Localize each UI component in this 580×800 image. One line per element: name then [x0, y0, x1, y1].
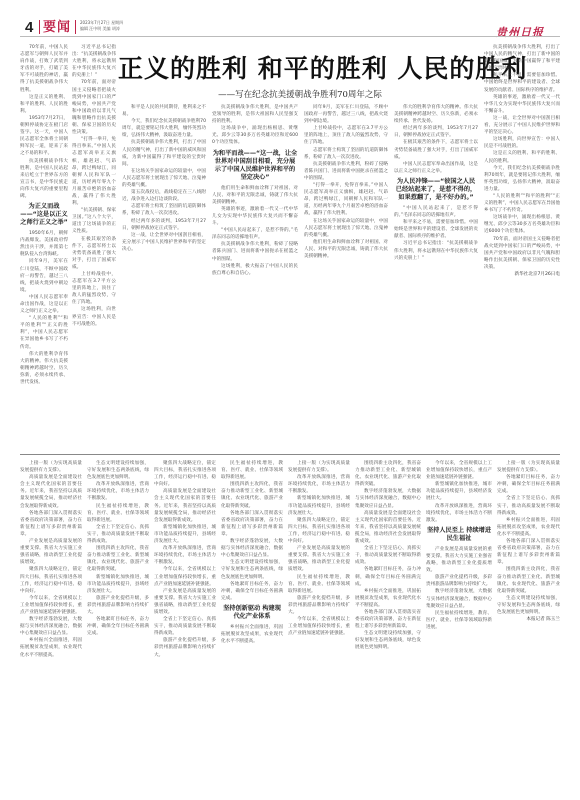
paragraph: 乡村振兴全面推进，巩固拓展脱贫攻坚成果，农业现代化水平不断提高。: [20, 637, 82, 658]
paragraph: 旅游产业化提档升级，多彩贵州旅游品牌影响力持续扩大。: [426, 574, 492, 588]
paragraph: 习近平总书记指出：“抗美援朝战争伟大胜利，将永远镌刻在中华民族伟大复兴的史册上！…: [72, 44, 116, 79]
paragraph: 英雄的事迹，激励着一代又一代中华儿女为实现中华民族伟大复兴而不懈奋斗。: [484, 94, 560, 115]
paragraph: 各地紧盯目标任务，奋力冲刺，确保全年目标任务圆满完成。: [355, 566, 421, 587]
article-column: 上接一版（为实现高质量发展提供有力支撑）。 各地紧盯目标任务，奋力冲刺，确保全年…: [497, 460, 560, 790]
article-column: 伟大的胜利孕育伟大的精神。伟大抗美援朝精神跨越时空、历久弥新，必须永续传承、世代…: [394, 104, 478, 449]
paragraph: 他们用生命和鲜血诠释了对祖国、对人民、对和平的无限忠诚，铸就了伟大抗美援朝精神。: [304, 239, 388, 260]
paragraph: 抗美援朝战争伟大胜利，粉碎了侵略者陈兵国门、进而将新中国扼杀在摇篮之中的图谋。: [304, 161, 388, 182]
paragraph: 新型城镇化加快推进，城市功能品质持续提升，县域经济发展壮大。: [288, 495, 350, 516]
paragraph: 同年9月，美军在仁川登陆，不顾中国政府一再警告，越过三八线，把战火烧到中朝边境。: [304, 104, 388, 125]
paragraph: 和平来之不易，需要倍加珍惜。中国始终是世界和平的建设者、全球发展的贡献者、国际秩…: [394, 219, 478, 240]
paragraph: 上甘岭战役中，志愿军在3.7平方公里的阵地上，顶住了敌人的猛烈攻势，守住了阵地。: [72, 271, 116, 306]
paragraph: 今天，我们纪念抗美援朝战争胜利70周年，就是要铭记伟大胜利，缅怀英烈功绩，弘扬伟…: [484, 165, 560, 193]
paragraph: 上接一版（为实现高质量发展提供有力支撑）。: [288, 460, 350, 474]
paragraph: 这是正义的胜利、和平的胜利、人民的胜利。: [20, 94, 68, 115]
paragraph: 产业发展是高质量发展的重要支撑。我省大力实施工业强省战略，推动新型工业化提质增效…: [154, 588, 216, 616]
article-column: 上接一版（为实现高质量发展提供有力支撑）。 高质量发展是全面建设社会主义现代化国…: [20, 460, 82, 790]
paragraph: 高质量发展是全面建设社会主义现代化国家的首要任务。近年来，我省坚持以高质量发展统…: [154, 488, 216, 523]
paragraph: 这场胜利，极大振奋了中国人民的民族自尊心和自信心。: [212, 263, 298, 277]
paragraph: 生态文明建设持续加强，守好发展和生态两条底线，绿色发展底色更加鲜明。: [355, 630, 421, 651]
paragraph: 这场战争中，涌现出杨根思、黄继光、邱少云等30多万名英雄功臣和近6000个功臣集…: [484, 214, 560, 235]
paragraph: 高质量发展是全面建设社会主义现代化国家的首要任务。近年来，我省坚持以高质量发展统…: [20, 474, 82, 509]
paragraph: 第五次战役后，战线稳定在三八线附近，战争进入边打边谈阶段。: [122, 189, 206, 203]
paragraph: 改革开放纵深推进，营商环境持续优化，市场主体活力不断激发。: [426, 503, 492, 524]
paragraph: 抗美援朝战争伟大胜利，打出了中国人民的精气神，打出了新中国的威风和国威，为新中国…: [484, 44, 560, 72]
paragraph: 数字经济蓬勃发展，大数据与实体经济深度融合，数据中心集聚效应日益凸显。: [355, 488, 421, 509]
paragraph: 各地各部门深入贯彻落实省委省政府决策部署，奋力在新征程上谱写多彩贵州新篇章。: [355, 609, 421, 630]
paragraph: 和平来之不易，需要倍加珍惜。中国始终是世界和平的建设者、全球发展的贡献者、国际秩…: [484, 72, 560, 93]
paragraph: 今年以来，全省规模以上工业增加值保持较快增长，重点产业链加速延链补链强链。: [288, 616, 350, 637]
paragraph: 和平是人民的共同期待，胜利来之不易。: [122, 104, 206, 118]
article-column: 抗美援朝战争伟大胜利，是中国共产党领导的胜利，是伟大祖国和人民坚强支持的胜利。 …: [212, 104, 298, 449]
paragraph: “抗美援朝、保家卫国。”这八个大字，道出了这场战争的正义性质。: [72, 207, 116, 235]
paragraph: 生态文明建设持续加强，守好发展和生态两条底线，绿色发展底色更加鲜明。: [497, 595, 560, 616]
paragraph: 乡村振兴全面推进，巩固拓展脱贫攻坚成果，农业现代化水平不断提高。: [221, 624, 283, 645]
paragraph: 同年9月，美军在仁川登陆，不顾中国政府一再警告，越过三八线，把战火烧到中朝边境。: [20, 258, 68, 293]
paragraph: 抗美援朝战争伟大胜利，是中国共产党领导的胜利，是伟大祖国和人民坚强支持的胜利。: [212, 104, 298, 125]
paragraph: 新型城镇化加快推进，城市功能品质持续提升，县域经济发展壮大。: [87, 574, 149, 595]
paragraph: 生态文明建设持续加强，守好发展和生态两条底线，绿色发展底色更加鲜明。: [87, 460, 149, 481]
paragraph: 各地各部门深入贯彻落实省委省政府决策部署，奋力在新征程上谱写多彩贵州新篇章。: [20, 510, 82, 538]
paragraph: 数字经济蓬勃发展，大数据与实体经济深度融合，数据中心集聚效应日益凸显。: [20, 616, 82, 637]
editor-line: 编辑 汪中明 美编 胡涛: [80, 26, 140, 32]
paragraph: 上接一版（为实现高质量发展提供有力支撑）。: [497, 460, 560, 474]
paragraph: “打得一拳开，免得百拳来。”中国人民志愿军高举正义旗帜，雄赳赳、气昂昂，跨过鸭绿…: [304, 182, 388, 217]
header-divider: [39, 20, 40, 34]
paragraph: 围绕四新主攻四化，我省奋力推动新型工业化、新型城镇化、农业现代化、旅游产业化取得…: [497, 566, 560, 594]
paragraph: 70年前，面对帝国主义侵略者把战火烧到中国家门口的严峻局势，中国共产党和中国政府…: [72, 79, 116, 136]
paragraph: 中国人民志愿军奉命出国作战，这是以正义之师行正义之举。: [20, 294, 68, 315]
subheading: 为和平而战——“这一战，让全世界对中国刮目相看，充分展示了中国人民维护世界和平的…: [212, 150, 298, 182]
paragraph: 围绕四新主攻四化，我省奋力推动新型工业化、新型城镇化、农业现代化、旅游产业化取得…: [355, 460, 421, 488]
paragraph: 中国人民志愿军奉命出国作战，这是以正义之师行正义之举。: [394, 161, 478, 175]
article-column: 民生福祉持续增进，教育、医疗、就业、社保等领域取得新进展。 围绕四新主攻四化，我…: [221, 460, 283, 790]
headline: 正义的胜利 和平的胜利 人民的胜利: [118, 54, 473, 84]
header-divider: [75, 20, 76, 34]
paragraph: 伟大的胜利孕育伟大的精神。伟大抗美援朝精神跨越时空、历久弥新，必须永续传承、世代…: [394, 104, 478, 125]
article-column: 聚焦四大战略定位，锚定四大目标，我省扎实推进各项工作，经济运行稳中有进、稳中向好…: [154, 460, 216, 790]
paragraph: 各地紧盯目标任务，奋力冲刺，确保全年目标任务圆满完成。: [497, 474, 560, 495]
article-column: 抗美援朝战争伟大胜利，打出了中国人民的精气神，打出了新中国的威风和国威，为新中国…: [484, 44, 560, 449]
section-name: 要闻: [43, 20, 71, 35]
paragraph: 全省上下坚定信心、真抓实干，推动高质量发展不断取得新成效。: [154, 616, 216, 637]
paragraph: 在这场关乎国家命运的较量中，中国人民志愿军将士展现出了惊天地、泣鬼神的英雄气概。: [304, 218, 388, 239]
paragraph: 英雄的事迹，激励着一代又一代中华儿女为实现中华民族伟大复兴而不懈奋斗。: [212, 206, 298, 227]
paragraph: 聚焦四大战略定位，锚定四大目标，我省扎实推进各项工作，经济运行稳中有进、稳中向好…: [288, 517, 350, 545]
paragraph: 乡村振兴全面推进，巩固拓展脱贫攻坚成果，农业现代化水平不断提高。: [497, 517, 560, 538]
paragraph: 各地紧盯目标任务，奋力冲刺，确保全年目标任务圆满完成。: [87, 616, 149, 637]
paragraph: 民生福祉持续增进，教育、医疗、就业、社保等领域取得新进展。: [288, 574, 350, 595]
paragraph: 围绕四新主攻四化，我省奋力推动新型工业化、新型城镇化、农业现代化、旅游产业化取得…: [221, 481, 283, 509]
paragraph: 全省上下坚定信心、真抓实干，推动高质量发展不断取得新成效。: [355, 545, 421, 566]
paragraph: 数字经济蓬勃发展，大数据与实体经济深度融合，数据中心集聚效应日益凸显。: [221, 538, 283, 559]
paragraph: 这场胜利，向世界宣告：中国人民是不可战胜的。: [484, 136, 560, 150]
paragraph: 志愿军将士构筑了坚固的坑道防御体系，粉碎了敌人一次次进攻。: [304, 147, 388, 161]
page-header: 4 要闻 2023年7月27日 星期四 编辑 汪中明 美编 胡涛 贵州日报: [0, 0, 580, 36]
subheading: 为正义而战——“这是以正义之师行正义之举”: [20, 203, 68, 227]
article-column: 和平是人民的共同期待，胜利来之不易。 今天，我们纪念抗美援朝战争胜利70周年，就…: [122, 104, 206, 449]
article-column: 围绕四新主攻四化，我省奋力推动新型工业化、新型城镇化、农业现代化、旅游产业化取得…: [355, 460, 421, 790]
paragraph: 志愿军将士构筑了坚固的坑道防御体系，粉碎了敌人一次次进攻。: [122, 203, 206, 217]
paragraph: 习近平总书记指出：“抗美援朝战争伟大胜利，将永远镌刻在中华民族伟大复兴的史册上！…: [394, 240, 478, 261]
paragraph: 这场战争中，涌现出杨根思、黄继光、邱少云等30多万名英雄功臣和近6000个功臣集…: [212, 125, 298, 146]
paragraph: 全省上下坚定信心、真抓实干，推动高质量发展不断取得新成效。: [87, 524, 149, 545]
paragraph: 经过两年多的谈判，1953年7月27日，朝鲜停战协定正式签字。: [122, 218, 206, 232]
paragraph: 改革开放纵深推进，营商环境持续优化，市场主体活力不断激发。: [288, 474, 350, 495]
paragraph: “人民的胜利”“和平的胜利”“正义的胜利”，中国人民志愿军在异国他乡书写了不朽传…: [20, 315, 68, 350]
paragraph: 改革开放纵深推进，营商环境持续优化，市场主体活力不断激发。: [154, 545, 216, 566]
paragraph: 今年以来，全省规模以上工业增加值保持较快增长，重点产业链加速延链补链强链。: [20, 595, 82, 616]
paragraph: 旅游产业化提档升级，多彩贵州旅游品牌影响力持续扩大。: [288, 595, 350, 616]
paragraph: 产业发展是高质量发展的重要支撑。我省大力实施工业强省战略，推动新型工业化提质增效…: [288, 545, 350, 573]
paragraph: 这场胜利，向世界宣告：中国人民是不可战胜的。: [72, 306, 116, 327]
paragraph: 今年以来，全省规模以上工业增加值保持较快增长，重点产业链加速延链补链强链。: [426, 460, 492, 481]
subheading: 为人民冲锋——“彼国之人民已经站起来了，是惹不得的，如果惹翻了，是不好办的。”: [394, 178, 478, 202]
paragraph: 产业发展是高质量发展的重要支撑。我省大力实施工业强省战略，推动新型工业化提质增效…: [20, 538, 82, 566]
article-column: 同年9月，美军在仁川登陆，不顾中国政府一再警告，越过三八线，把战火烧到中朝边境。…: [304, 104, 388, 449]
section-divider: [20, 454, 560, 455]
paragraph: 民生福祉持续增进，教育、医疗、就业、社保等领域取得新进展。: [87, 503, 149, 524]
paragraph: 改革开放纵深推进，营商环境持续优化，市场主体活力不断激发。: [87, 481, 149, 502]
paragraph: 这一战，让全世界对中国刮目相看，充分展示了中国人民维护世界和平的坚定决心。: [484, 115, 560, 136]
article-credit: 新华社北京7月26日电: [484, 271, 560, 278]
paragraph: 旅游产业化提档升级，多彩贵州旅游品牌影响力持续扩大。: [87, 595, 149, 616]
paragraph: 产业发展是高质量发展的重要支撑。我省大力实施工业强省战略，推动新型工业化提质增效…: [426, 546, 492, 574]
paragraph: 70年前，中国人民志愿军与朝鲜人民军并肩作战，打败了武装到牙齿的对手，打破了美军…: [20, 44, 68, 94]
paragraph: 旅游产业化提档升级，多彩贵州旅游品牌影响力持续扩大。: [154, 637, 216, 658]
paragraph: 在极其艰苦的条件下，志愿军将士以劣势装备战胜了强大对手，打出了国威军威。: [394, 139, 478, 160]
page-number: 4: [25, 20, 33, 36]
paragraph: 这是正义的胜利、和平的胜利、人民的胜利。: [484, 150, 560, 164]
paragraph: 上甘岭战役中，志愿军在3.7平方公里的阵地上，顶住了敌人的猛烈攻势，守住了阵地。: [304, 125, 388, 146]
paragraph: 这一战，让全世界对中国刮目相看，充分展示了中国人民维护世界和平的坚定决心。: [122, 232, 206, 253]
paragraph: 今年以来，全省规模以上工业增加值保持较快增长，重点产业链加速延链补链强链。: [154, 566, 216, 587]
paragraph: 民生福祉持续增进，教育、医疗、就业、社保等领域取得新进展。: [221, 460, 283, 481]
paragraph: 民生福祉持续增进，教育、医疗、就业、社保等领域取得新进展。: [426, 610, 492, 631]
paragraph: 生态文明建设持续加强，守好发展和生态两条底线，绿色发展底色更加鲜明。: [221, 559, 283, 580]
paragraph: 经过两年多的谈判，1953年7月27日，朝鲜停战协定正式签字。: [394, 125, 478, 139]
article-column: 生态文明建设持续加强，守好发展和生态两条底线，绿色发展底色更加鲜明。 改革开放纵…: [87, 460, 149, 790]
header-rule: [20, 36, 560, 37]
paragraph: 抗美援朝战争伟大胜利，是中国人民站起来后屹立于世界东方的宣言书，是中华民族走向伟…: [20, 158, 68, 201]
paragraph: 聚焦四大战略定位，锚定四大目标，我省扎实推进各项工作，经济运行稳中有进、稳中向好…: [154, 460, 216, 488]
paragraph: “人民的胜利”“和平的胜利”“正义的胜利”，中国人民志愿军在异国他乡书写了不朽传…: [484, 193, 560, 214]
subheading: 坚持创新驱动 构建现代化产业体系: [221, 605, 283, 621]
paragraph: 抗美援朝战争伟大胜利，粉碎了侵略者陈兵国门、进而将新中国扼杀在摇篮之中的图谋。: [212, 241, 298, 262]
paragraph: 全省上下坚定信心、真抓实干，推动高质量发展不断取得新成效。: [497, 495, 560, 516]
paragraph: 今天，我们纪念抗美援朝战争胜利70周年，就是要铭记伟大胜利，缅怀英烈功绩，弘扬伟…: [122, 118, 206, 139]
article-column: 习近平总书记指出：“抗美援朝战争伟大胜利，将永远镌刻在中华民族伟大复兴的史册上！…: [72, 44, 116, 449]
paragraph: 数字经济蓬勃发展，大数据与实体经济深度融合，数据中心集聚效应日益凸显。: [426, 588, 492, 609]
paragraph: 上接一版（为实现高质量发展提供有力支撑）。: [20, 460, 82, 474]
masthead-logo: 贵州日报: [496, 24, 544, 40]
paragraph: 抗美援朝战争伟大胜利，打出了中国人民的精气神，打出了新中国的威风和国威，为新中国…: [122, 139, 206, 167]
paragraph: 乡村振兴全面推进，巩固拓展脱贫攻坚成果，农业现代化水平不断提高。: [355, 588, 421, 609]
paragraph: 伟大的胜利孕育伟大的精神。伟大抗美援朝精神跨越时空、历久弥新，必须永续传承、世代…: [20, 351, 68, 386]
date-info: 2023年7月27日 星期四 编辑 汪中明 美编 胡涛: [80, 20, 140, 32]
subtitle: ——写在纪念抗美援朝战争胜利70周年之际: [150, 88, 450, 100]
paragraph: 新型城镇化加快推进，城市功能品质持续提升，县域经济发展壮大。: [426, 481, 492, 502]
paragraph: 新型城镇化加快推进，城市功能品质持续提升，县域经济发展壮大。: [154, 524, 216, 545]
subheading: 坚持人民至上 持续增进民生福祉: [426, 527, 492, 543]
paragraph: 各地各部门深入贯彻落实省委省政府决策部署，奋力在新征程上谱写多彩贵州新篇章。: [221, 510, 283, 538]
paragraph: 各地各部门深入贯彻落实省委省政府决策部署，奋力在新征程上谱写多彩贵州新篇章。: [497, 538, 560, 566]
paragraph: 高质量发展是全面建设社会主义现代化国家的首要任务。近年来，我省坚持以高质量发展统…: [355, 510, 421, 545]
paragraph: 在这场关乎国家命运的较量中，中国人民志愿军将士展现出了惊天地、泣鬼神的英雄气概。: [122, 168, 206, 189]
paragraph: 1950年6月，朝鲜内战爆发。美国政府悍然出兵干涉，并派第七舰队侵入台湾海峡。: [20, 230, 68, 258]
paragraph: 他们用生命和鲜血诠释了对祖国、对人民、对和平的无限忠诚，铸就了伟大抗美援朝精神。: [212, 185, 298, 206]
paragraph: 各地紧盯目标任务，奋力冲刺，确保全年目标任务圆满完成。: [221, 581, 283, 602]
paragraph: 聚焦四大战略定位，锚定四大目标，我省扎实推进各项工作，经济运行稳中有进、稳中向好…: [20, 566, 82, 594]
paragraph: 在极其艰苦的条件下，志愿军将士以劣势装备战胜了强大对手，打出了国威军威。: [72, 236, 116, 271]
paragraph: “中国人民站起来了，是惹不得的。”毛泽东同志的话掷地有声。: [394, 205, 478, 219]
article-credit: 本报记者 陈玉兰: [497, 616, 560, 623]
paragraph: 围绕四新主攻四化，我省奋力推动新型工业化、新型城镇化、农业现代化、旅游产业化取得…: [87, 545, 149, 573]
article-column: 今年以来，全省规模以上工业增加值保持较快增长，重点产业链加速延链补链强链。 新型…: [426, 460, 492, 790]
paragraph: “打得一拳开，免得百拳来。”中国人民志愿军高举正义旗帜，雄赳赳、气昂昂，跨过鸭绿…: [72, 136, 116, 207]
article-column: 70年前，中国人民志愿军与朝鲜人民军并肩作战，打败了武装到牙齿的对手，打破了美军…: [20, 44, 68, 449]
paragraph: 1953年7月27日，朝鲜停战协定在板门店签字。这一天，中国人民志愿军全体将士同…: [20, 115, 68, 158]
paragraph: 70年前，面对帝国主义侵略者把战火烧到中国家门口的严峻局势，中国共产党和中国政府…: [484, 236, 560, 271]
article-column: 上接一版（为实现高质量发展提供有力支撑）。 改革开放纵深推进，营商环境持续优化，…: [288, 460, 350, 790]
paragraph: “中国人民站起来了，是惹不得的。”毛泽东同志的话掷地有声。: [212, 227, 298, 241]
